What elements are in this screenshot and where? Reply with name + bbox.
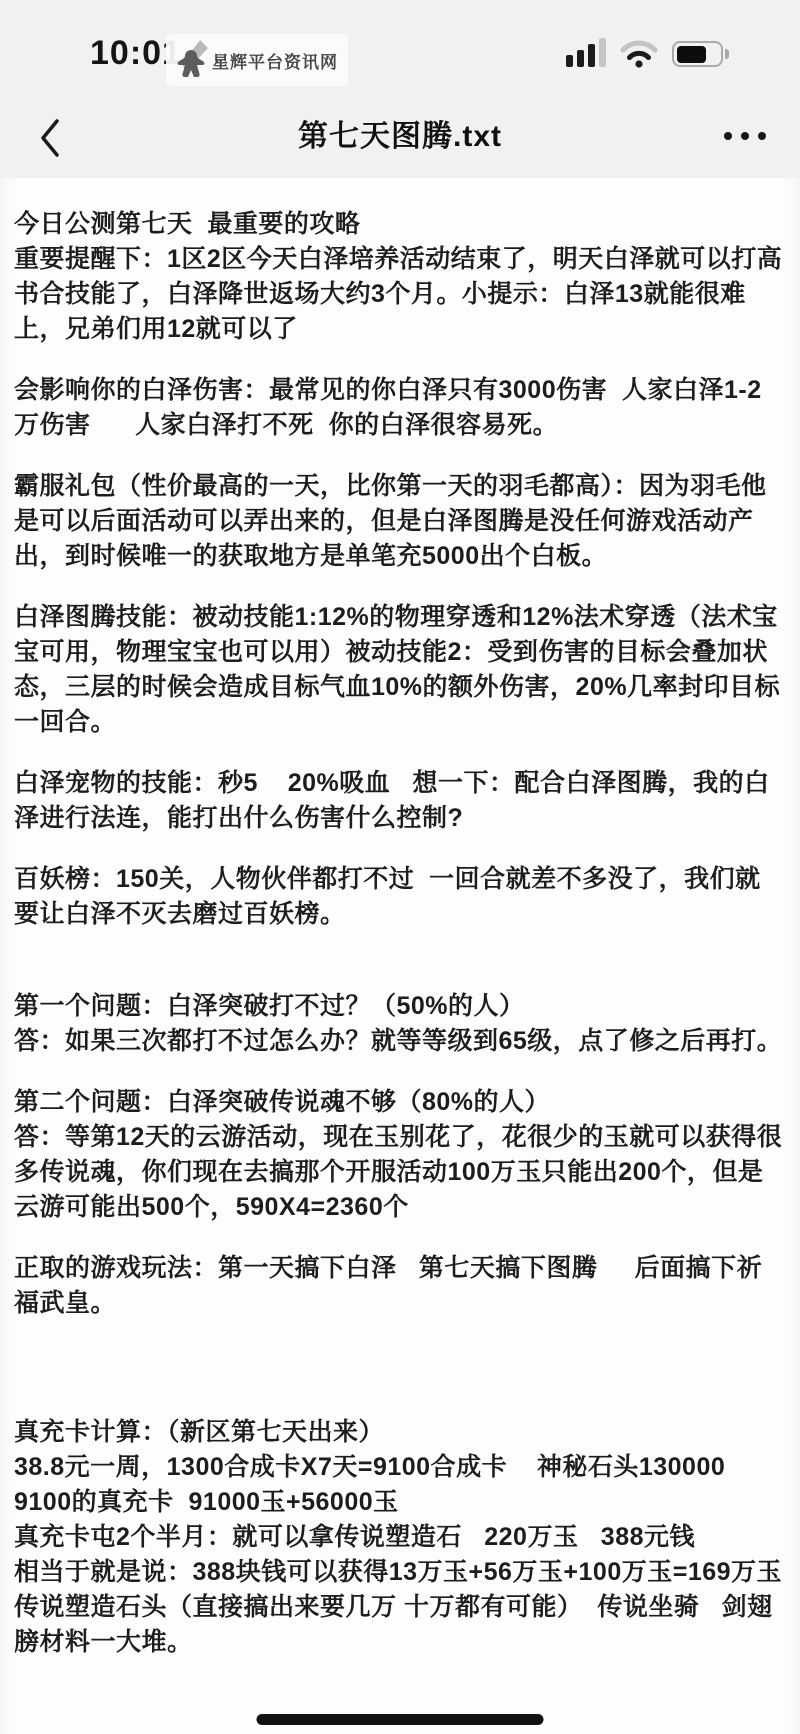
home-indicator[interactable] [257, 1714, 544, 1725]
meeple-cursor-logo-icon [170, 38, 212, 82]
cellular-signal-icon [566, 37, 606, 68]
paragraph: 会影响你的白泽伤害：最常见的你白泽只有3000伤害 人家白泽1-2万伤害 人家白… [14, 373, 786, 443]
back-button[interactable] [26, 112, 74, 164]
file-title: 第七天图腾.txt [90, 111, 710, 155]
paragraph: 正取的游戏玩法：第一天搞下白泽 第七天搞下图腾 后面搞下祈福武皇。 [14, 1251, 786, 1321]
nav-bar: 第七天图腾.txt [0, 96, 800, 178]
paragraph: 第二个问题：白泽突破传说魂不够（80%的人） 答：等第12天的云游活动，现在玉别… [14, 1085, 786, 1225]
status-bar: 10:01 星辉平台资讯网 [0, 0, 800, 96]
top-bar: 10:01 星辉平台资讯网 [0, 0, 800, 178]
phone-screen: 10:01 星辉平台资讯网 [0, 0, 800, 1734]
paragraph: 百妖榜：150关，人物伙伴都打不过 一回合就差不多没了，我们就要让白泽不灭去磨过… [14, 862, 786, 932]
paragraph: 第一个问题：白泽突破打不过？（50%的人） 答：如果三次都打不过怎么办？就等等级… [14, 989, 786, 1059]
watermark-badge: 星辉平台资讯网 [166, 34, 348, 86]
paragraph: 真充卡计算：（新区第七天出来） 38.8元一周，1300合成卡X7天=9100合… [14, 1415, 786, 1660]
status-icons [566, 36, 731, 68]
paragraph: 霸服礼包（性价最高的一天，比你第一天的羽毛都高）：因为羽毛他是可以后面活动可以弄… [14, 469, 786, 574]
battery-icon [672, 40, 731, 68]
watermark-text: 星辉平台资讯网 [212, 48, 338, 73]
more-menu-button[interactable] [724, 126, 766, 146]
wifi-icon [620, 39, 658, 68]
ellipsis-icon [724, 132, 732, 140]
paragraph: 白泽宠物的技能：秒5 20%吸血 想一下：配合白泽图腾，我的白泽进行法连，能打出… [14, 766, 786, 836]
chevron-left-icon [39, 118, 61, 158]
document-body[interactable]: 今日公测第七天 最重要的攻略 重要提醒下：1区2区今天白泽培养活动结束了，明天白… [0, 178, 800, 1734]
paragraph: 白泽图腾技能：被动技能1:12%的物理穿透和12%法术穿透（法术宝宝可用，物理宝… [14, 600, 786, 740]
paragraph: 今日公测第七天 最重要的攻略 重要提醒下：1区2区今天白泽培养活动结束了，明天白… [14, 207, 786, 347]
